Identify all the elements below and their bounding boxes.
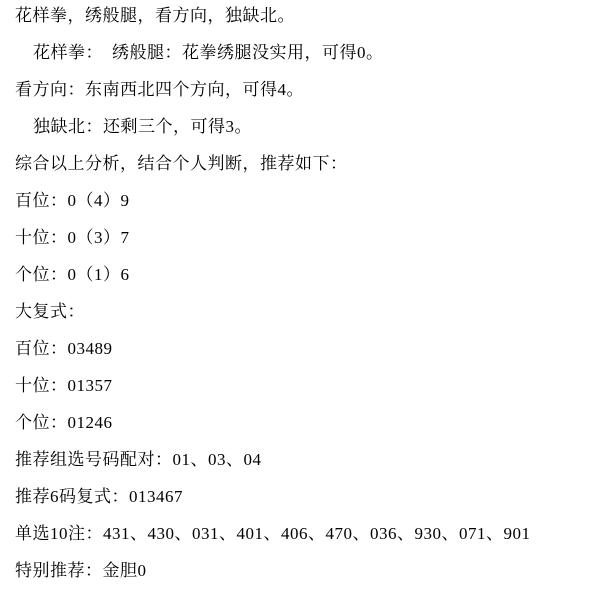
doc-line-six-code-duplex: 推荐6码复式：013467: [15, 478, 589, 515]
doc-line-group-pairs: 推荐组选号码配对：01、03、04: [15, 441, 589, 478]
doc-line-units-pick: 个位：0（1）6: [15, 256, 589, 293]
doc-line-tens-pick: 十位：0（3）7: [15, 219, 589, 256]
doc-line-hundreds-pick: 百位：0（4）9: [15, 182, 589, 219]
doc-line-summary: 综合以上分析，结合个人判断，推荐如下：: [15, 145, 589, 182]
doc-line-big-duplex-header: 大复式：: [15, 293, 589, 330]
doc-line-hint-explain-1: 花样拳： 绣般腿：花拳绣腿没实用，可得0。: [15, 34, 589, 71]
doc-line-hint-explain-2: 看方向：东南西北四个方向，可得4。: [15, 71, 589, 108]
doc-line-duplex-hundreds: 百位：03489: [15, 330, 589, 367]
doc-line-special-recommendation: 特别推荐：金胆0: [15, 552, 589, 589]
document-body: 花样拳，绣般腿，看方向，独缺北。 花样拳： 绣般腿：花拳绣腿没实用，可得0。 看…: [0, 0, 597, 589]
doc-line-hint-riddle: 花样拳，绣般腿，看方向，独缺北。: [15, 0, 589, 34]
doc-line-duplex-units: 个位：01246: [15, 404, 589, 441]
doc-line-single-picks: 单选10注：431、430、031、401、406、470、036、930、07…: [15, 515, 589, 552]
doc-line-hint-explain-3: 独缺北：还剩三个，可得3。: [15, 108, 589, 145]
doc-line-duplex-tens: 十位：01357: [15, 367, 589, 404]
